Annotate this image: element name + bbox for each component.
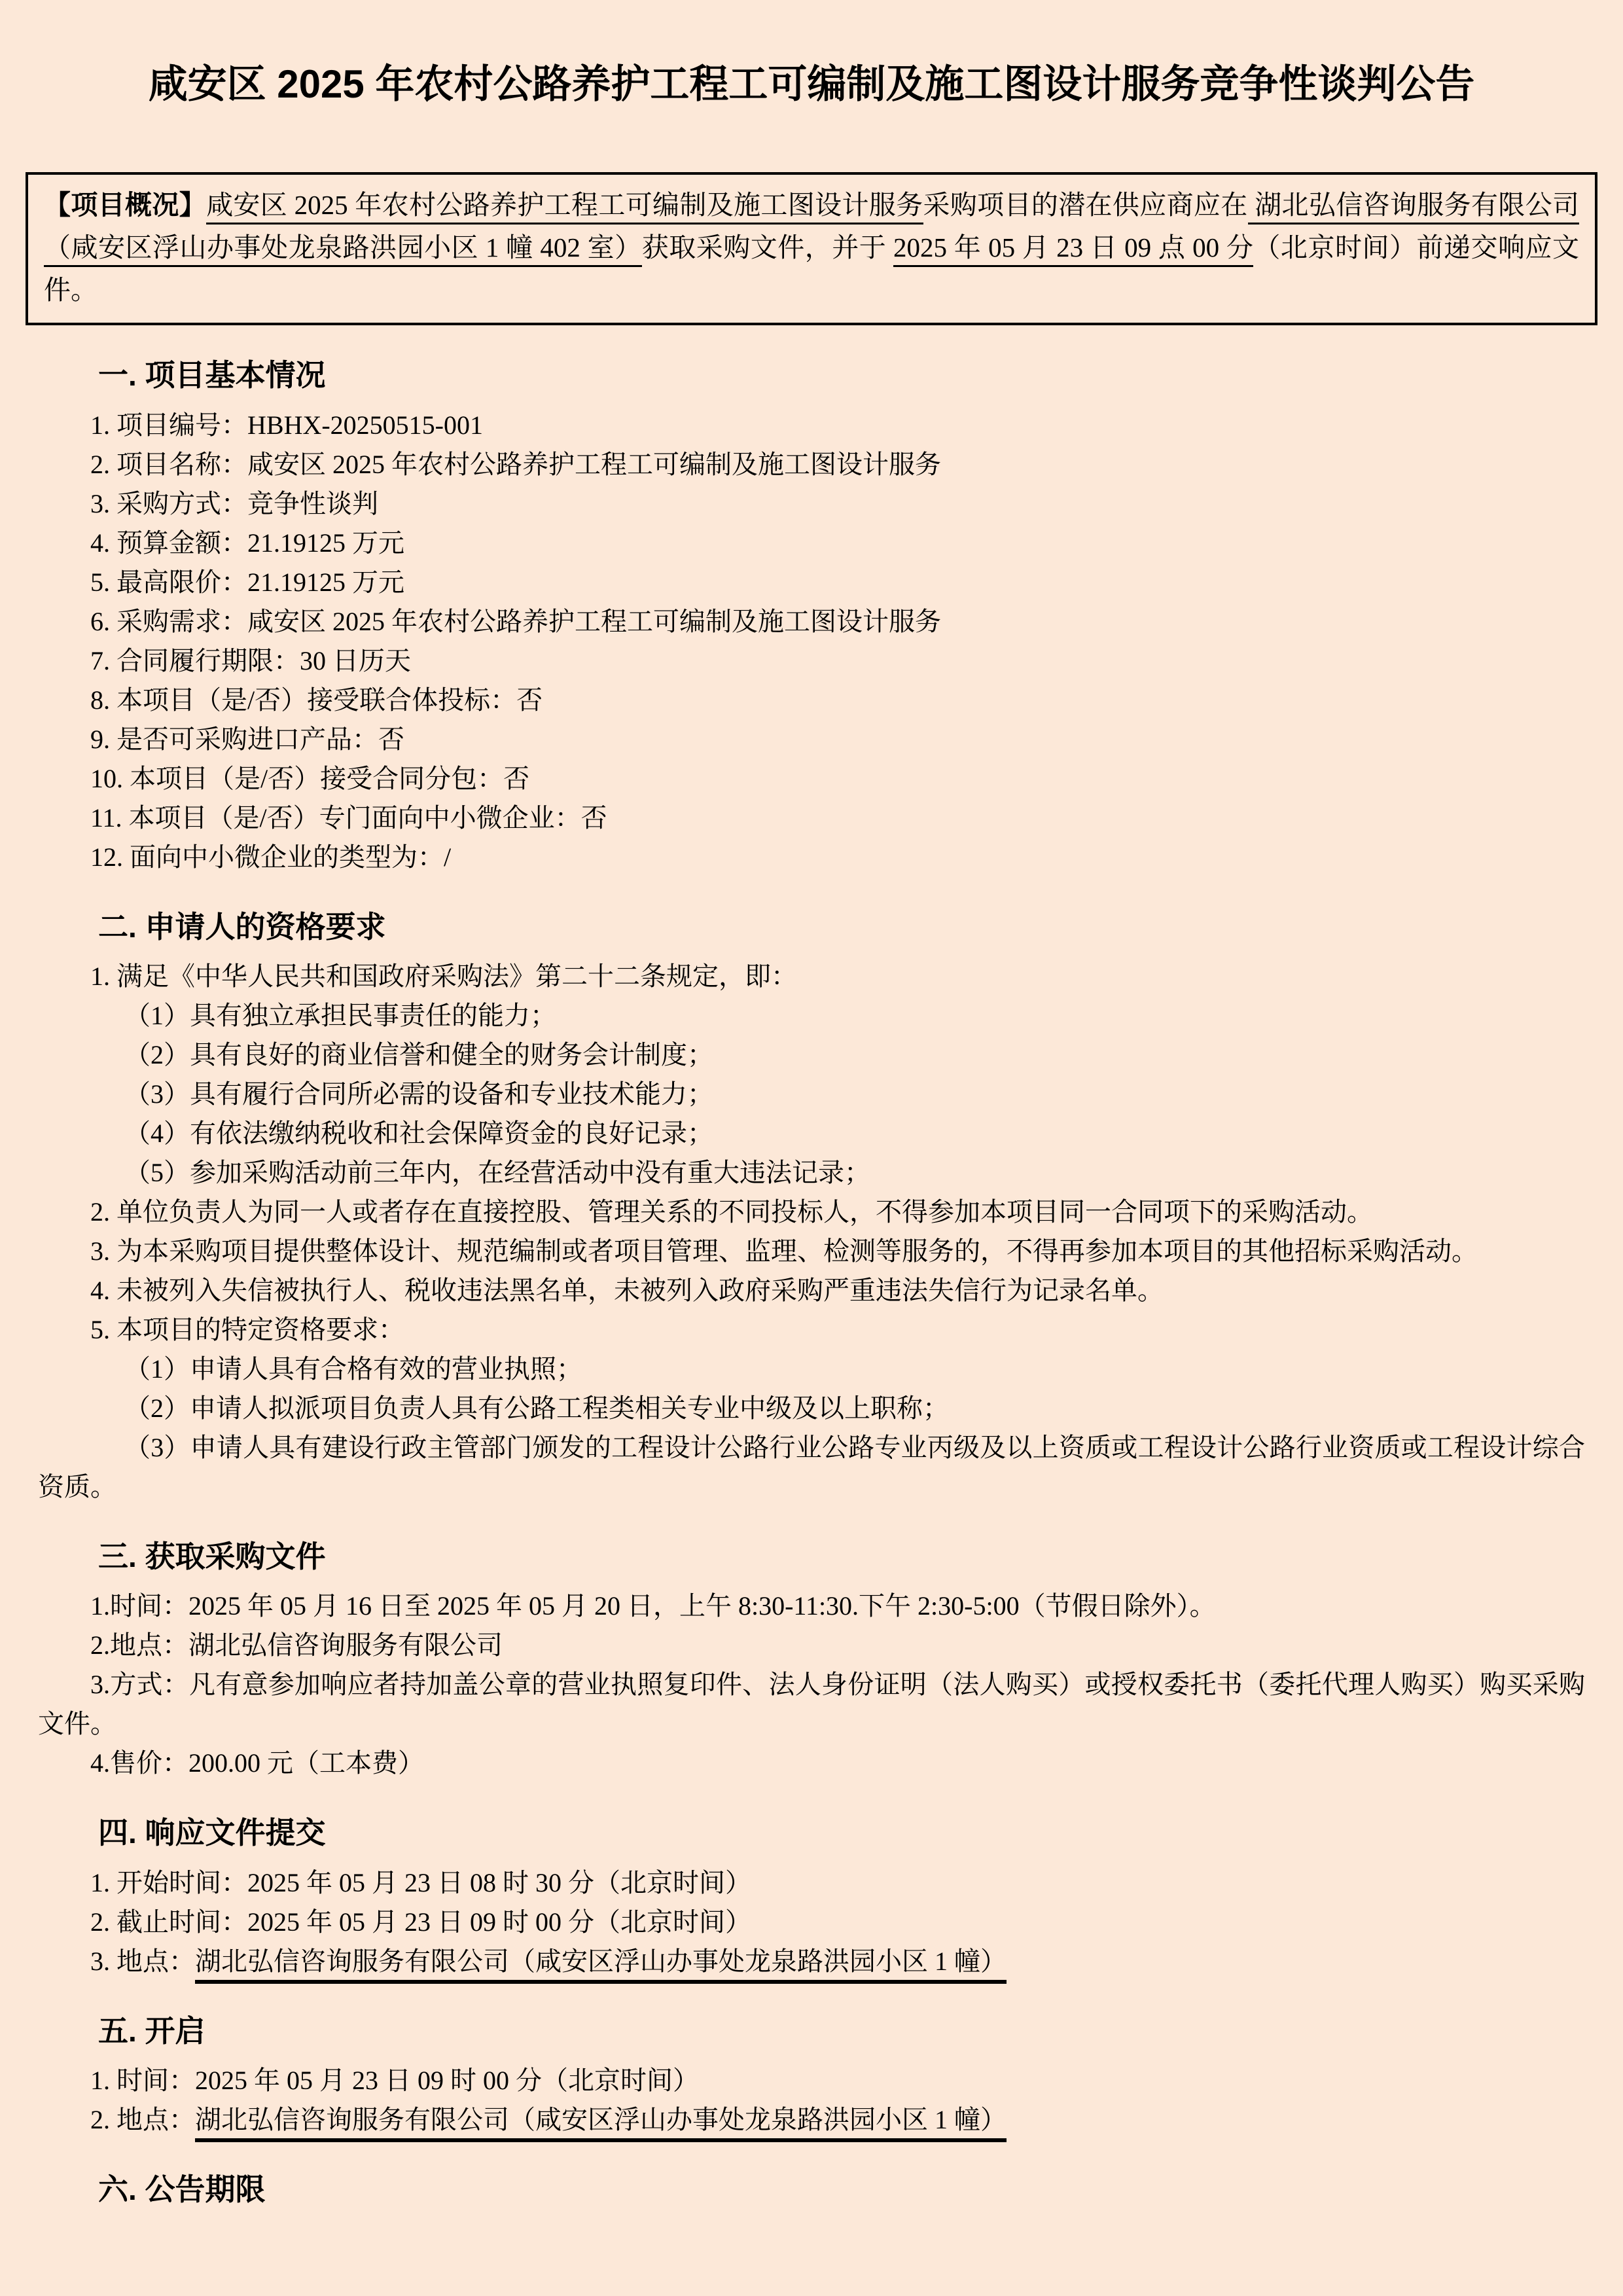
paragraph: （2）申请人拟派项目负责人具有公路工程类相关专业中级及以上职称； — [38, 1389, 1585, 1428]
paragraph: 3. 采购方式：竞争性谈判 — [38, 484, 1585, 524]
paragraph: 10. 本项目（是/否）接受合同分包：否 — [38, 759, 1585, 798]
text-run: 1. 时间：2025 年 05 月 23 日 09 时 00 分（北京时间） — [90, 2066, 699, 2095]
text-run: （3）具有履行合同所必需的设备和专业技术能力； — [124, 1079, 713, 1109]
paragraph: 8. 本项目（是/否）接受联合体投标：否 — [38, 681, 1585, 720]
underlined-text: 2025 年 05 月 23 日 09 点 00 分 — [893, 232, 1253, 267]
paragraph: 11. 本项目（是/否）专门面向中小微企业：否 — [38, 798, 1585, 838]
text-run: （2）具有良好的商业信誉和健全的财务会计制度； — [124, 1040, 713, 1069]
underlined-text: 咸安区 2025 年农村公路养护工程工可编制及施工图设计服务 — [206, 190, 923, 224]
text-run: （1）申请人具有合格有效的营业执照； — [124, 1354, 582, 1384]
paragraph: （5）参加采购活动前三年内，在经营活动中没有重大违法记录； — [38, 1153, 1585, 1193]
underlined-text: 湖北弘信咨询服务有限公司（咸安区浮山办事处龙泉路洪园小区 1 幢） — [195, 2105, 1007, 2142]
paragraph: 1. 项目编号：HBHX-20250515-001 — [38, 406, 1585, 445]
paragraph: （3）申请人具有建设行政主管部门颁发的工程设计公路行业公路专业丙级及以上资质或工… — [38, 1428, 1585, 1507]
overview-paragraph: 【项目概况】咸安区 2025 年农村公路养护工程工可编制及施工图设计服务采购项目… — [44, 184, 1579, 311]
text-run: （4）有依法缴纳税收和社会保障资金的良好记录； — [124, 1119, 713, 1148]
section-heading: 二. 申请人的资格要求 — [38, 906, 1585, 948]
sections: 一. 项目基本情况1. 项目编号：HBHX-20250515-0012. 项目名… — [38, 354, 1585, 2210]
text-run: 4. 未被列入失信被执行人、税收违法黑名单，未被列入政府采购严重违法失信行为记录… — [90, 1276, 1164, 1305]
text-run: （2）申请人拟派项目负责人具有公路工程类相关专业中级及以上职称； — [124, 1393, 949, 1423]
paragraph: 4. 未被列入失信被执行人、税收违法黑名单，未被列入政府采购严重违法失信行为记录… — [38, 1271, 1585, 1310]
section-heading: 三. 获取采购文件 — [38, 1535, 1585, 1577]
text-run: 2. 单位负责人为同一人或者存在直接控股、管理关系的不同投标人，不得参加本项目同… — [90, 1197, 1373, 1227]
text-run: 2.地点：湖北弘信咨询服务有限公司 — [90, 1630, 503, 1660]
section-heading: 四. 响应文件提交 — [38, 1812, 1585, 1854]
paragraph: 12. 面向中小微企业的类型为：/ — [38, 838, 1585, 877]
paragraph: 3. 地点：湖北弘信咨询服务有限公司（咸安区浮山办事处龙泉路洪园小区 1 幢） — [38, 1942, 1585, 1981]
text-run: 3. 采购方式：竞争性谈判 — [90, 489, 378, 518]
underlined-text: 湖北弘信咨询服务有限公司（咸安区浮山办事处龙泉路洪园小区 1 幢） — [195, 1946, 1007, 1984]
paragraph: 3.方式：凡有意参加响应者持加盖公章的营业执照复印件、法人身份证明（法人购买）或… — [38, 1665, 1585, 1744]
paragraph: 7. 合同履行期限：30 日历天 — [38, 641, 1585, 681]
text-run: 9. 是否可采购进口产品：否 — [90, 725, 404, 754]
text-run: 4.售价：200.00 元（工本费） — [90, 1748, 424, 1778]
paragraph: 5. 本项目的特定资格要求： — [38, 1310, 1585, 1350]
text-run: 10. 本项目（是/否）接受合同分包：否 — [90, 764, 529, 793]
overview-segments: 咸安区 2025 年农村公路养护工程工可编制及施工图设计服务采购项目的潜在供应商… — [44, 190, 1579, 305]
text-run: 11. 本项目（是/否）专门面向中小微企业：否 — [90, 803, 607, 833]
text-run: 2. 地点： — [90, 2105, 195, 2134]
text-run: 1. 项目编号：HBHX-20250515-001 — [90, 410, 483, 440]
paragraph: 4. 预算金额：21.19125 万元 — [38, 524, 1585, 563]
text-run: 6. 采购需求：咸安区 2025 年农村公路养护工程工可编制及施工图设计服务 — [90, 607, 941, 636]
text-run: 12. 面向中小微企业的类型为：/ — [90, 842, 451, 872]
paragraph: 2. 截止时间：2025 年 05 月 23 日 09 时 00 分（北京时间） — [38, 1903, 1585, 1942]
paragraph: 9. 是否可采购进口产品：否 — [38, 720, 1585, 759]
page-title: 咸安区 2025 年农村公路养护工程工可编制及施工图设计服务竞争性谈判公告 — [38, 62, 1585, 107]
paragraph: 2. 地点：湖北弘信咨询服务有限公司（咸安区浮山办事处龙泉路洪园小区 1 幢） — [38, 2100, 1585, 2140]
paragraph: 5. 最高限价：21.19125 万元 — [38, 563, 1585, 602]
paragraph: （1）具有独立承担民事责任的能力； — [38, 996, 1585, 1035]
text-run: 5. 最高限价：21.19125 万元 — [90, 567, 404, 597]
text-run: 3.方式：凡有意参加响应者持加盖公章的营业执照复印件、法人身份证明（法人购买）或… — [38, 1670, 1585, 1738]
text-run: 3. 为本采购项目提供整体设计、规范编制或者项目管理、监理、检测等服务的，不得再… — [90, 1236, 1478, 1266]
text-run: 2. 截止时间：2025 年 05 月 23 日 09 时 00 分（北京时间） — [90, 1907, 751, 1937]
text-run: 获取采购文件，并于 — [642, 232, 893, 262]
paragraph: 1.时间：2025 年 05 月 16 日至 2025 年 05 月 20 日，… — [38, 1587, 1585, 1626]
paragraph: 2.地点：湖北弘信咨询服务有限公司 — [38, 1626, 1585, 1665]
text-run: 3. 地点： — [90, 1946, 195, 1976]
text-run: 2. 项目名称：咸安区 2025 年农村公路养护工程工可编制及施工图设计服务 — [90, 450, 941, 479]
text-run: 7. 合同履行期限：30 日历天 — [90, 646, 411, 675]
text-run: （1）具有独立承担民事责任的能力； — [124, 1001, 556, 1030]
text-run: （3）申请人具有建设行政主管部门颁发的工程设计公路行业公路专业丙级及以上资质或工… — [38, 1433, 1585, 1501]
project-overview-box: 【项目概况】咸安区 2025 年农村公路养护工程工可编制及施工图设计服务采购项目… — [26, 172, 1597, 325]
paragraph: 6. 采购需求：咸安区 2025 年农村公路养护工程工可编制及施工图设计服务 — [38, 602, 1585, 641]
paragraph: 2. 单位负责人为同一人或者存在直接控股、管理关系的不同投标人，不得参加本项目同… — [38, 1193, 1585, 1232]
text-run: 4. 预算金额：21.19125 万元 — [90, 528, 404, 558]
text-run: 采购项目的潜在供应商应在 — [923, 190, 1248, 220]
paragraph: （4）有依法缴纳税收和社会保障资金的良好记录； — [38, 1114, 1585, 1153]
paragraph: 2. 项目名称：咸安区 2025 年农村公路养护工程工可编制及施工图设计服务 — [38, 445, 1585, 484]
section-heading: 一. 项目基本情况 — [38, 354, 1585, 396]
text-run: 1. 满足《中华人民共和国政府采购法》第二十二条规定，即： — [90, 961, 797, 991]
overview-label: 【项目概况】 — [44, 190, 206, 220]
paragraph: 3. 为本采购项目提供整体设计、规范编制或者项目管理、监理、检测等服务的，不得再… — [38, 1232, 1585, 1271]
text-run: 5. 本项目的特定资格要求： — [90, 1315, 404, 1344]
paragraph: （1）申请人具有合格有效的营业执照； — [38, 1350, 1585, 1389]
text-run: 8. 本项目（是/否）接受联合体投标：否 — [90, 685, 543, 715]
section-heading: 五. 开启 — [38, 2010, 1585, 2052]
document-page: 咸安区 2025 年农村公路养护工程工可编制及施工图设计服务竞争性谈判公告 【项… — [0, 0, 1623, 2296]
section-heading: 六. 公告期限 — [38, 2168, 1585, 2210]
paragraph: 1. 时间：2025 年 05 月 23 日 09 时 00 分（北京时间） — [38, 2061, 1585, 2100]
paragraph: 4.售价：200.00 元（工本费） — [38, 1744, 1585, 1783]
text-run: （5）参加采购活动前三年内，在经营活动中没有重大违法记录； — [124, 1158, 870, 1187]
paragraph: （2）具有良好的商业信誉和健全的财务会计制度； — [38, 1035, 1585, 1075]
text-run: 1. 开始时间：2025 年 05 月 23 日 08 时 30 分（北京时间） — [90, 1868, 751, 1897]
paragraph: 1. 开始时间：2025 年 05 月 23 日 08 时 30 分（北京时间） — [38, 1863, 1585, 1903]
paragraph: 1. 满足《中华人民共和国政府采购法》第二十二条规定，即： — [38, 957, 1585, 996]
paragraph: （3）具有履行合同所必需的设备和专业技术能力； — [38, 1075, 1585, 1114]
text-run: 1.时间：2025 年 05 月 16 日至 2025 年 05 月 20 日，… — [90, 1591, 1216, 1621]
